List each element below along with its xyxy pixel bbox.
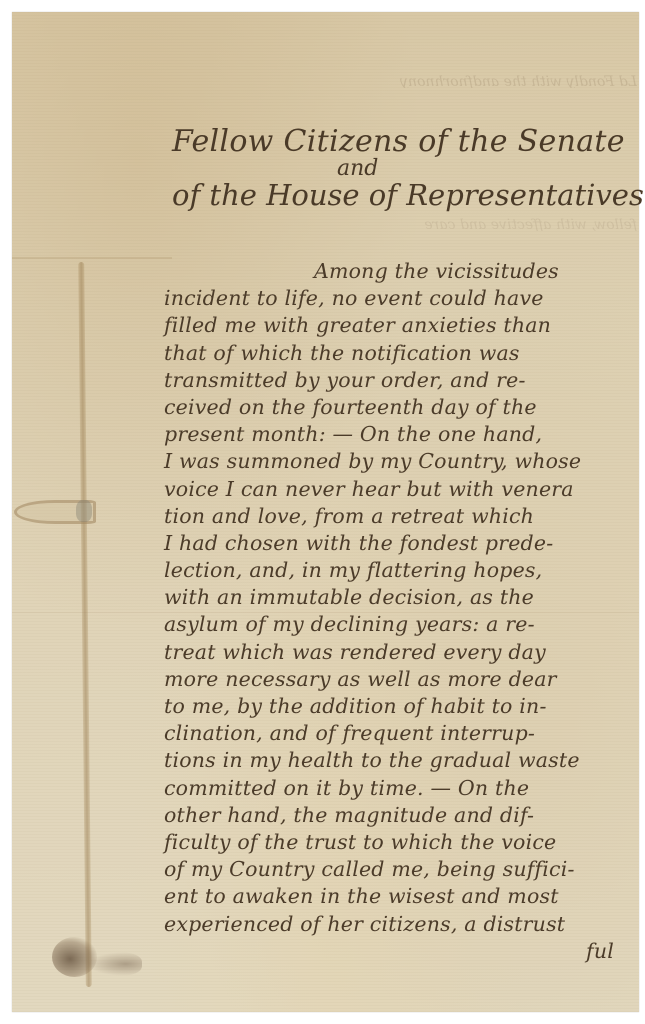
bleed-through-text: Ld Fondly with the andfnorhnony [197, 74, 637, 88]
text-line: other hand, the magnitude and dif- [164, 802, 634, 829]
salutation: Fellow Citizens of the Senate and of the… [172, 124, 642, 212]
paper-fold-line [12, 257, 172, 259]
text-line: with an immutable decision, as the [164, 584, 634, 611]
text-line: clination, and of frequent interrup- [164, 720, 634, 747]
text-line: ceived on the fourteenth day of the [164, 394, 634, 421]
text-line: Among the vicissitudes [164, 258, 634, 285]
salutation-line-senate: Fellow Citizens of the Senate [172, 124, 642, 160]
catchword: ful [164, 938, 634, 965]
text-line: more necessary as well as more dear [164, 666, 634, 693]
text-line: to me, by the addition of habit to in- [164, 693, 634, 720]
salutation-and: and [172, 160, 642, 178]
ribbon-knot-center [76, 500, 92, 522]
text-line: that of which the notification was [164, 340, 634, 367]
binding-ribbon [78, 262, 92, 987]
text-line: lection, and, in my flattering hopes, [164, 557, 634, 584]
text-line: of my Country called me, being suffici- [164, 856, 634, 883]
address-body: Among the vicissitudes incident to life,… [164, 258, 634, 965]
text-line: transmitted by your order, and re- [164, 367, 634, 394]
text-line: I had chosen with the fondest prede- [164, 530, 634, 557]
text-line: experienced of her citizens, a distrust [164, 911, 634, 938]
text-line: ficulty of the trust to which the voice [164, 829, 634, 856]
text-line: voice I can never hear but with venera [164, 476, 634, 503]
text-line: treat which was rendered every day [164, 639, 634, 666]
text-line: asylum of my declining years: a re- [164, 611, 634, 638]
bleed-through-text: fellow, with affective and care [197, 217, 637, 231]
text-line: ent to awaken in the wisest and most [164, 883, 634, 910]
text-line: tions in my health to the gradual waste [164, 747, 634, 774]
text-line: present month: — On the one hand, [164, 421, 634, 448]
text-line: tion and love, from a retreat which [164, 503, 634, 530]
text-line: filled me with greater anxieties than [164, 312, 634, 339]
salutation-line-house: of the House of Representatives. [172, 178, 642, 212]
ink-stain-tail [87, 952, 142, 976]
text-line: I was summoned by my Country, whose [164, 448, 634, 475]
text-line: incident to life, no event could have [164, 285, 634, 312]
text-line: committed on it by time. — On the [164, 775, 634, 802]
